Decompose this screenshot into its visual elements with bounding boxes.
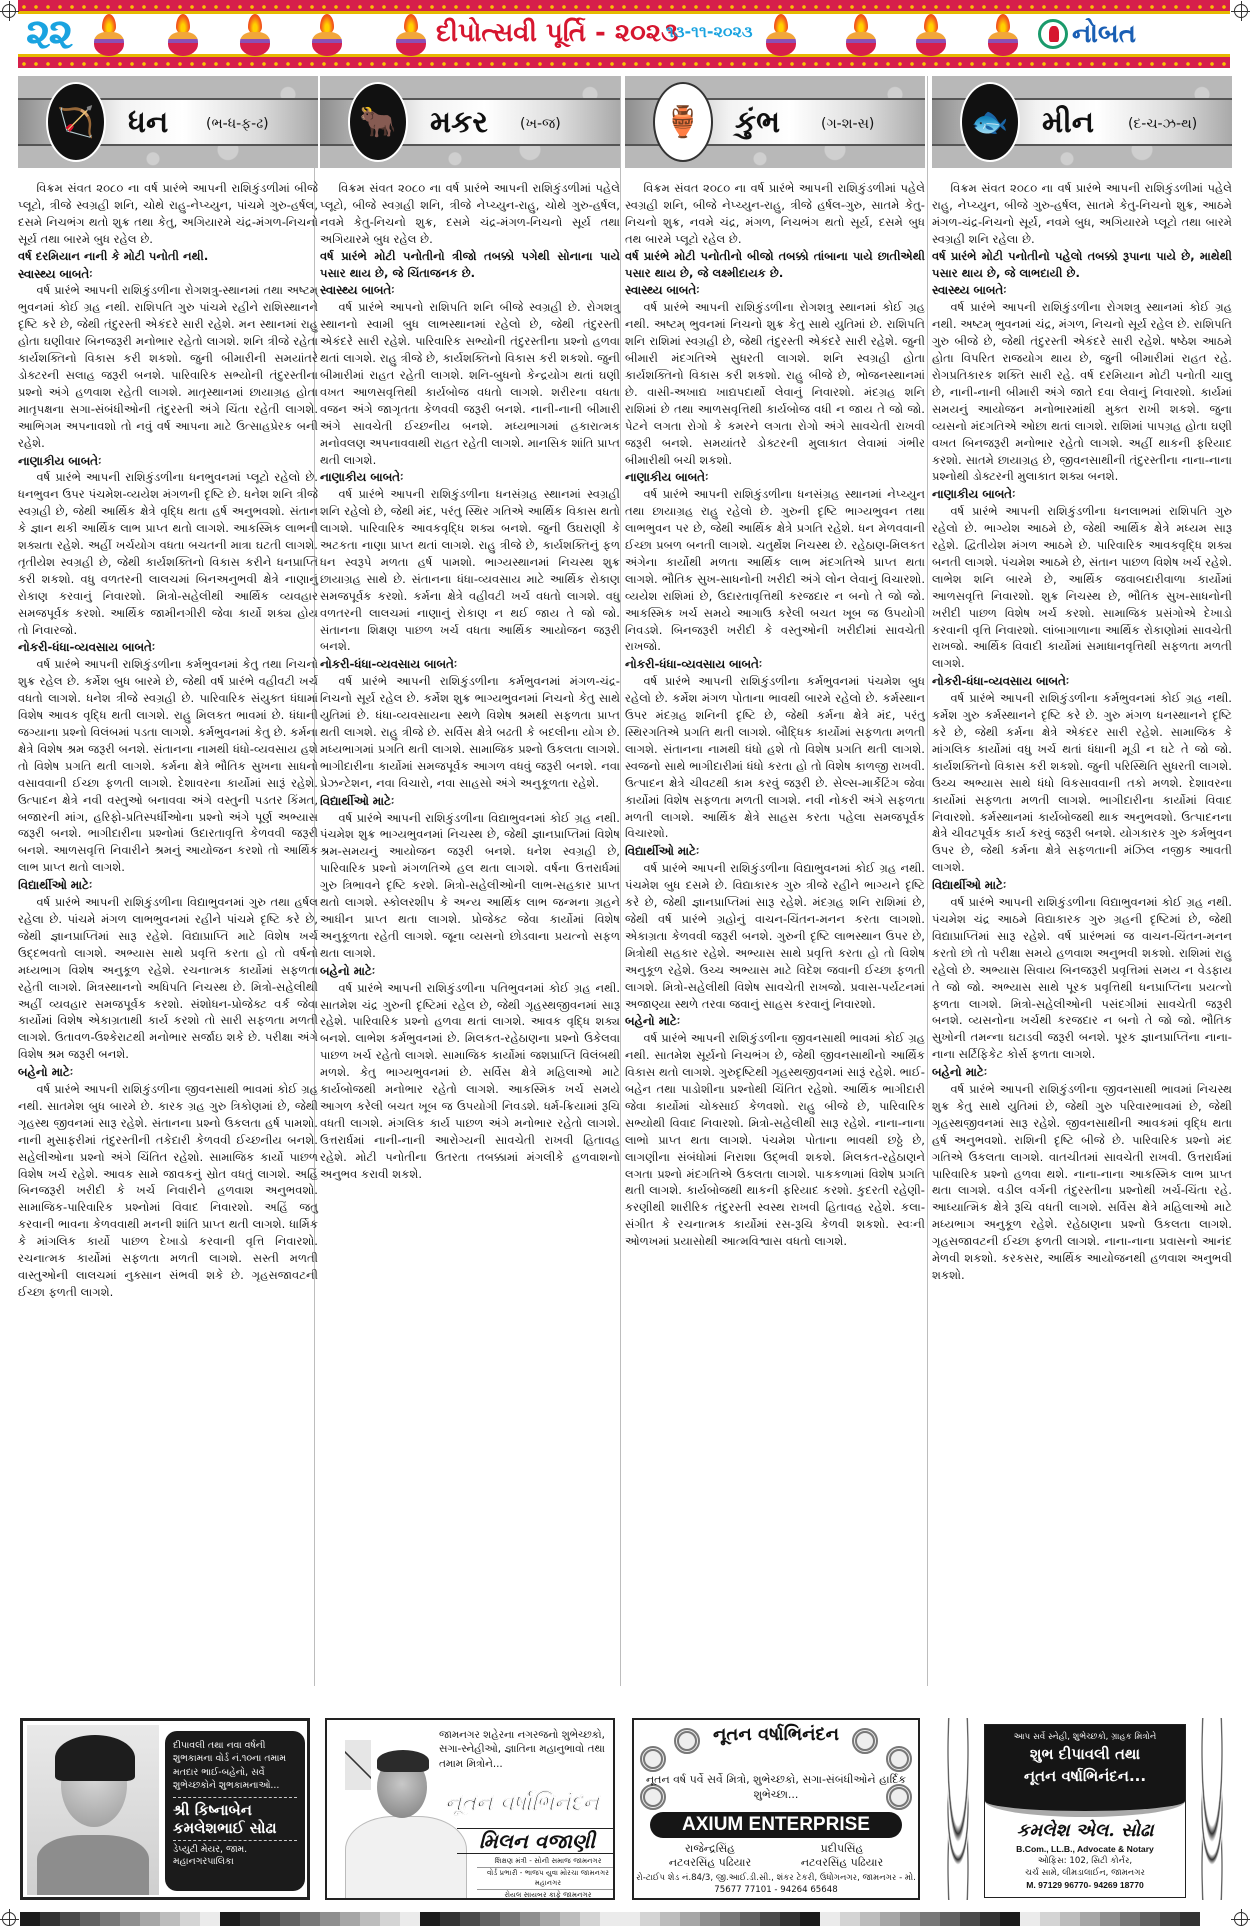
logo-text: નોબત <box>1072 19 1136 49</box>
intro-paragraph: વિક્રમ સંવત ૨૦૮૦ ના વર્ષ પ્રારંભે આપની ર… <box>625 180 925 248</box>
diya-icon <box>240 14 270 58</box>
ad-headline: શુભ દીપાવલી તથા <box>985 1743 1185 1765</box>
zodiac-letters: (ભ-ધ-ફ-ઢ) <box>206 116 269 132</box>
section-heading-finance: નાણાકીય બાબતેઃ <box>625 469 925 486</box>
portrait-photo <box>339 1750 477 1900</box>
section-heading-career: નોકરી-ધંધા-વ્યવસાય બાબતેઃ <box>932 673 1232 690</box>
ad-message: નૂતન વર્ષ પર્વે સર્વે મિત્રો, શુભેચ્છકો,… <box>634 1772 918 1802</box>
ad-name: શ્રી કિષ્નાબેન કમલેશભાઈ સોઢા <box>173 1797 297 1837</box>
section-heading-students: વિદ્યાર્થીઓ માટેઃ <box>932 877 1232 894</box>
proprietor-surname: નટવરસિંહ પઢિયાર <box>669 1856 751 1870</box>
ad-message: જામનગર શહેરના નગરજનો શુભેચ્છકો, સગા-સ્ને… <box>439 1728 609 1771</box>
ad-name: મિલન વજાણી <box>457 1828 615 1854</box>
ad-message: દીપાવલી તથા નવા વર્ષની શુભકામના વોર્ડ નં… <box>173 1739 297 1793</box>
horoscope-article: વિક્રમ સંવત ૨૦૮૦ ના વર્ષ પ્રારંભે આપની ર… <box>18 180 318 1301</box>
horoscope-column-makar: 🐂 મકર (ખ-જ) વિક્રમ સંવત ૨૦૮૦ ના વર્ષ પ્ર… <box>320 76 620 1182</box>
proprietor-surname: નટવરસિંહ પઢિયાર <box>801 1856 883 1870</box>
section-heading-women: બહેનો માટેઃ <box>932 1064 1232 1081</box>
decorative-border-top <box>18 0 1230 14</box>
proprietor-name: પ્રદીપસિંહ <box>801 1842 883 1856</box>
section-text: વર્ષ પ્રારંભે આપની રાશિકુંડળીના જીવનસાથી… <box>932 1081 1232 1284</box>
section-text: વર્ષ પ્રારંભે આપની રાશિકુંડળીના ધનલાભમાં… <box>932 503 1232 672</box>
zodiac-name: ધન <box>128 106 168 140</box>
advertisement-deputy-mayor: દીપાવલી તથા નવા વર્ષની શુભકામના વોર્ડ નં… <box>20 1718 310 1900</box>
section-text: વર્ષ પ્રારંભે આપની રાશિકુંડળીના કર્મભુવન… <box>18 656 318 876</box>
zodiac-letters: (દ-ચ-ઝ-થ) <box>1128 116 1197 132</box>
print-color-bar <box>20 1912 1200 1926</box>
diya-icon <box>396 14 426 58</box>
ad-headline: નૂતન વર્ષાભિનંદન... <box>985 1765 1185 1787</box>
diya-icon <box>94 14 124 58</box>
page-header-banner: ૨૨ દીપોત્સવી પૂર્તિ - ૨૦૨૩ ૧૩-૧૧-૨૦૨૩ નો… <box>18 0 1230 68</box>
diya-icon <box>312 14 342 58</box>
section-text: વર્ષ પ્રારંભે આપની રાશિકુંડળીના રોગશત્રુ… <box>18 282 318 451</box>
column-divider <box>620 76 621 1686</box>
intro-paragraph: વિક્રમ સંવત ૨૦૮૦ ના વર્ષ પ્રારંભે આપની ર… <box>18 180 318 248</box>
section-heading-students: વિદ્યાર્થીઓ માટેઃ <box>320 793 620 810</box>
section-text: વર્ષ પ્રારંભે આપની રાશિકુંડળીના ધનસંગ્રહ… <box>320 486 620 655</box>
section-heading-students: વિદ્યાર્થીઓ માટેઃ <box>18 877 318 894</box>
page-number: ૨૨ <box>26 12 71 56</box>
section-text: વર્ષ પ્રારંભે આપની રાશિકુંડળીના રોગશત્રુ… <box>625 299 925 468</box>
horoscope-column-meen: 🐟 મીન (દ-ચ-ઝ-થ) વિક્રમ સંવત ૨૦૮૦ ના વર્ષ… <box>932 76 1232 1284</box>
registration-mark-icon <box>1234 4 1248 18</box>
diya-icon <box>846 14 876 58</box>
horoscope-article: વિક્રમ સંવત ૨૦૮૦ ના વર્ષ પ્રારંભે આપની ર… <box>625 180 925 1250</box>
ad-greeting: આપ સર્વે સ્નેહી, શુભેચ્છકો, ગ્રાહક મિત્ર… <box>985 1731 1185 1743</box>
section-heading-health: સ્વાસ્થ્ય બાબતેઃ <box>18 266 318 283</box>
zodiac-name: કુંભ <box>735 106 780 140</box>
ad-name: કમલેશ એલ. સોઢા <box>985 1819 1185 1843</box>
newspaper-logo: નોબત <box>1038 16 1136 52</box>
ad-role: ડેપ્યુટી મેયર, જામ. મહાનગરપાલિકા <box>173 1840 297 1870</box>
horoscope-column-dhan: 🏹 ધન (ભ-ધ-ફ-ઢ) વિક્રમ સંવત ૨૦૮૦ ના વર્ષ … <box>18 76 318 1301</box>
fish-icon: 🐟 <box>960 82 1020 162</box>
ad-role: શિક્ષણ મંત્રી - સોની સમાજ જામનગર <box>477 1856 615 1868</box>
diya-swirl-icon <box>886 1746 912 1772</box>
diya-swirl-icon <box>640 1746 666 1772</box>
section-heading-women: બહેનો માટેઃ <box>625 1013 925 1030</box>
section-heading-career: નોકરી-ધંધા-વ્યવસાય બાબતેઃ <box>625 656 925 673</box>
issue-date: ૧૩-૧૧-૨૦૨૩ <box>666 22 753 42</box>
panoti-note: વર્ષ પ્રારંભે મોટી પનોતીનો પહેલો તબક્કો … <box>932 248 1232 282</box>
intro-paragraph: વિક્રમ સંવત ૨૦૮૦ ના વર્ષ પ્રારંભે આપની ર… <box>320 180 620 248</box>
section-text: વર્ષ પ્રારંભે આપનો રાશિપતિ શનિ બીજે સ્વગ… <box>320 299 620 468</box>
section-heading-health: સ્વાસ્થ્ય બાબતેઃ <box>625 282 925 299</box>
diya-border-icon <box>940 1718 976 1900</box>
column-divider <box>927 76 928 1686</box>
ad-phone: M. 97129 96770- 94269 18770 <box>985 1879 1185 1891</box>
supplement-title: દીપોત્સવી પૂર્તિ - ૨૦૨૩ <box>436 18 678 48</box>
horoscope-article: વિક્રમ સંવત ૨૦૮૦ ના વર્ષ પ્રારંભે આપની ર… <box>932 180 1232 1284</box>
diya-border-icon <box>1194 1718 1230 1900</box>
intro-paragraph: વિક્રમ સંવત ૨૦૮૦ ના વર્ષ પ્રારંભે આપની ર… <box>932 180 1232 248</box>
zodiac-header: 🏹 ધન (ભ-ધ-ફ-ઢ) <box>18 76 318 168</box>
panoti-note: વર્ષ પ્રારંભે મોટી પનોતીનો બીજો તબક્કો ત… <box>625 248 925 282</box>
section-text: વર્ષ પ્રારંભે આપની રાશિકુંડળીના જીવનસાથી… <box>18 1081 318 1301</box>
section-heading-women: બહેનો માટેઃ <box>320 963 620 980</box>
ad-title: નૂતન વર્ષાભિનંદન <box>634 1724 918 1746</box>
section-heading-health: સ્વાસ્થ્ય બાબતેઃ <box>932 282 1232 299</box>
section-heading-finance: નાણાકીય બાબતેઃ <box>320 469 620 486</box>
section-heading-health: સ્વાસ્થ્ય બાબતેઃ <box>320 282 620 299</box>
portrait-photo <box>27 1725 159 1895</box>
ad-role: રોયલ સાયબર કાફે જામનગર <box>477 1890 615 1901</box>
ad-qualification: B.Com., LL.B., Advocate & Notary <box>985 1843 1185 1855</box>
section-heading-students: વિદ્યાર્થીઓ માટેઃ <box>625 843 925 860</box>
registration-mark-icon <box>2 1912 16 1926</box>
section-text: વર્ષ પ્રારંભે આપની રાશિકુંડળીના ધનભુવનમા… <box>18 469 318 638</box>
diya-icon <box>988 14 1018 58</box>
registration-mark-icon <box>2 4 16 18</box>
section-text: વર્ષ પ્રારંભે આપની રાશિકુંડળીના કર્મભુવન… <box>625 673 925 842</box>
ad-roles: શિક્ષણ મંત્રી - સોની સમાજ જામનગર વોર્ડ પ… <box>477 1856 615 1900</box>
zodiac-letters: (ગ-શ-સ) <box>821 116 874 132</box>
zodiac-name: મીન <box>1042 106 1094 140</box>
section-heading-finance: નાણાકીય બાબતેઃ <box>18 453 318 470</box>
section-text: વર્ષ પ્રારંભે આપની રાશિકુંડળીના વિદ્યાભુ… <box>625 860 925 1012</box>
company-name: AXIUM ENTERPRISE <box>650 1812 902 1838</box>
section-text: વર્ષ પ્રારંભે આપની રાશિકુંડળીના જીવનસાથી… <box>625 1030 925 1250</box>
water-bearer-icon: 🏺 <box>653 82 713 162</box>
proprietors: રાજેન્દ્રસિંહનટવરસિંહ પઢિયાર પ્રદીપસિંહન… <box>644 1842 908 1870</box>
zodiac-header: 🐂 મકર (ખ-જ) <box>320 76 620 168</box>
section-heading-career: નોકરી-ધંધા-વ્યવસાય બાબતેઃ <box>320 656 620 673</box>
advertisement-milan-vajani: જામનગર શહેરના નગરજનો શુભેચ્છકો, સગા-સ્ને… <box>325 1718 615 1900</box>
diya-icon <box>916 14 946 58</box>
bull-icon: 🐂 <box>348 82 408 162</box>
advertisement-axium-enterprise: નૂતન વર્ષાભિનંદન નૂતન વર્ષ પર્વે સર્વે મ… <box>632 1718 920 1900</box>
archer-icon: 🏹 <box>46 82 106 162</box>
greeting-card: દીપાવલી તથા નવા વર્ષની શુભકામના વોર્ડ નં… <box>165 1731 305 1891</box>
diya-icon <box>168 14 198 58</box>
logo-emblem-icon <box>1038 19 1068 49</box>
ad-address: ચર્ચ સામે, લીમડાલાઈન, જામનગર <box>985 1867 1185 1879</box>
decorative-border-bottom <box>18 54 1230 68</box>
panoti-note: વર્ષ પ્રારંભે મોટી પનોતીનો ત્રીજો તબક્કો… <box>320 248 620 282</box>
section-heading-career: નોકરી-ધંધા-વ્યવસાય બાબતેઃ <box>18 639 318 656</box>
horoscope-column-kumbh: 🏺 કુંભ (ગ-શ-સ) વિક્રમ સંવત ૨૦૮૦ ના વર્ષ … <box>625 76 925 1250</box>
zodiac-header: 🏺 કુંભ (ગ-શ-સ) <box>625 76 925 168</box>
section-text: વર્ષ પ્રારંભે આપની રાશિકુંડળીના વિદ્યાભુ… <box>18 894 318 1063</box>
horoscope-article: વિક્રમ સંવત ૨૦૮૦ ના વર્ષ પ્રારંભે આપની ર… <box>320 180 620 1182</box>
greeting-card: આપ સર્વે સ્નેહી, શુભેચ્છકો, ગ્રાહક મિત્ર… <box>984 1724 1186 1898</box>
proprietor-name: રાજેન્દ્રસિંહ <box>669 1842 751 1856</box>
panoti-note: વર્ષ દરમિયાન નાની કે મોટી પનોતી નથી. <box>18 248 318 265</box>
section-heading-finance: નાણાકીય બાબતેઃ <box>932 486 1232 503</box>
section-text: વર્ષ પ્રારંભે આપની રાશિકુંડળીના પતિભુવનમ… <box>320 980 620 1183</box>
section-text: વર્ષ પ્રારંભે આપની રાશિકુંડળીના ધનસંગ્રહ… <box>625 486 925 655</box>
ad-role: વોર્ડ પ્રભારી - ભાજપ યુવા મોરચા જામનગર મ… <box>477 1868 615 1890</box>
zodiac-name: મકર <box>430 106 488 140</box>
section-heading-women: બહેનો માટેઃ <box>18 1064 318 1081</box>
ad-address: ઓફિસ: 102, સિટી કોર્નર, <box>985 1855 1185 1867</box>
section-text: વર્ષ પ્રારંભે આપની રાશિકુંડળીના વિદ્યાભુ… <box>932 894 1232 1063</box>
ad-script-title: નૂતન વર્ષાભિનંદન <box>445 1790 599 1816</box>
section-text: વર્ષ પ્રારંભે આપની રાશિકુંડળીના રોગશત્રુ… <box>932 299 1232 485</box>
registration-mark-icon <box>1234 1912 1248 1926</box>
section-text: વર્ષ પ્રારંભે આપની રાશિકુંડળીના કર્મભુવન… <box>932 690 1232 876</box>
section-text: વર્ષ પ્રારંભે આપની રાશિકુંડળીના કર્મભુવન… <box>320 673 620 791</box>
zodiac-letters: (ખ-જ) <box>520 116 561 132</box>
section-text: વર્ષ પ્રારંભે આપની રાશિકુંડળીના વિદ્યાભુ… <box>320 810 620 962</box>
zodiac-header: 🐟 મીન (દ-ચ-ઝ-થ) <box>932 76 1232 168</box>
ad-address: રો-ટાઈપ શેડ નં.84/3, જી.આઈ.ડી.સી., શંકર … <box>634 1872 918 1896</box>
diya-icon <box>766 14 796 58</box>
advertisement-kamlesh-sodha: આપ સર્વે સ્નેહી, શુભેચ્છકો, ગ્રાહક મિત્ર… <box>940 1718 1230 1900</box>
